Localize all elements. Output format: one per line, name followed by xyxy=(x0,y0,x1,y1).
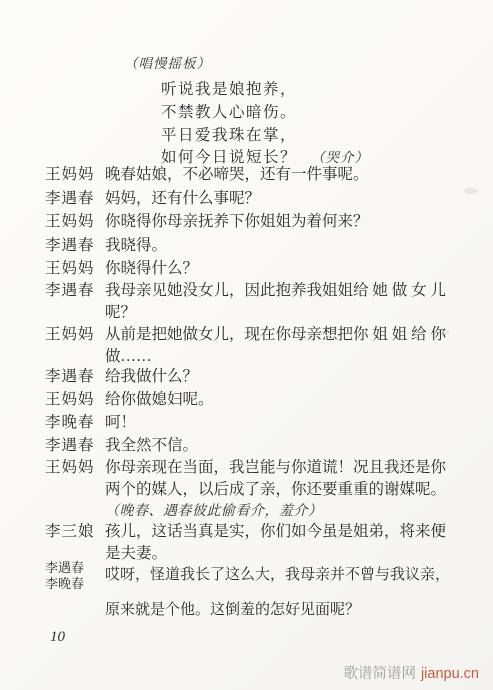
watermark-site-name: 歌谱简谱网 xyxy=(343,666,416,682)
dialogue-text: 给我做什么？ xyxy=(105,366,477,388)
speaker-name: 李遇春 xyxy=(45,435,105,457)
dialogue-row: 王妈妈 你晓得你母亲抚养下你姐姐为着何来？ xyxy=(45,211,477,233)
dialogue-text: 呵！ xyxy=(105,412,477,434)
dialogue-text: 你母亲现在当面，我岂能与你道谎！况且我还是你 两个的媒人，以后成了亲，你还要重重… xyxy=(105,457,477,501)
dialogue-row: 李遇春 我晓得。 xyxy=(45,235,477,257)
scan-smudge xyxy=(464,188,478,194)
speaker-name: 王妈妈 xyxy=(45,457,105,479)
verse-line: 听说我是娘抱养， xyxy=(161,77,297,99)
page-number: 10 xyxy=(50,629,65,646)
peek-stage-direction: （晚春、遇春彼此偷看介，羞介） xyxy=(105,500,323,520)
speaker-name: 王妈妈 xyxy=(45,324,105,346)
dialogue-text: 你晓得你母亲抚养下你姐姐为着何来？ xyxy=(105,211,477,233)
watermark-site-url: jianpu.cn xyxy=(421,666,479,682)
dialogue-row: 王妈妈 晚春姑娘，不必啼哭，还有一件事呢。 xyxy=(45,164,477,186)
dialogue-text: 我全然不信。 xyxy=(105,435,477,457)
sing-tempo-direction: （唱慢摇板） xyxy=(124,52,211,72)
dialogue-text: 哎呀，怪道我长了这么大，我母亲并不曾与我议亲， 原来就是个他。这倒羞的怎好见面呢… xyxy=(105,558,477,628)
cry-stage-direction: （哭介） xyxy=(311,150,369,165)
dialogue-row: 李遇春 李晚春 哎呀，怪道我长了这么大，我母亲并不曾与我议亲， 原来就是个他。这… xyxy=(45,558,477,628)
scan-smudge xyxy=(438,330,450,335)
dialogue-text: 我晓得。 xyxy=(105,235,477,257)
speaker-name: 王妈妈 xyxy=(45,211,105,233)
dialogue-row: 王妈妈 从前是把她做女儿，现在你母亲想把你 姐 姐 给 你 做…… xyxy=(45,324,477,368)
dialogue-text: 妈妈，还有什么事呢？ xyxy=(105,188,477,210)
dialogue-text: 给你做媳妇呢。 xyxy=(105,389,477,411)
dialogue-row: 李晚春 呵！ xyxy=(45,412,477,434)
speaker-name: 李三娘 xyxy=(45,521,105,543)
dialogue-row: 李遇春 妈妈，还有什么事呢？ xyxy=(45,188,477,210)
dialogue-text: 晚春姑娘，不必啼哭，还有一件事呢。 xyxy=(105,164,477,186)
script-page: （唱慢摇板） 听说我是娘抱养， 不禁教人心暗伤。 平日爱我珠在掌， 如何今日说短… xyxy=(0,0,493,690)
speaker-name: 李遇春 xyxy=(45,188,105,210)
dialogue-row: 王妈妈 你晓得什么？ xyxy=(45,258,477,280)
speaker-names-stacked: 李遇春 李晚春 xyxy=(45,558,105,591)
watermark: 歌谱简谱网jianpu.cn xyxy=(343,662,479,683)
verse-line: 不禁教人心暗伤。 xyxy=(161,100,297,122)
speaker-name: 王妈妈 xyxy=(45,389,105,411)
speaker-name: 李遇春 xyxy=(45,366,105,388)
dialogue-text: 你晓得什么？ xyxy=(105,258,477,280)
speaker-name: 李晚春 xyxy=(45,412,105,434)
dialogue-row: 王妈妈 给你做媳妇呢。 xyxy=(45,389,477,411)
speaker-name: 王妈妈 xyxy=(45,258,105,280)
speaker-name: 王妈妈 xyxy=(45,164,105,186)
speaker-name: 李遇春 xyxy=(45,235,105,257)
verse-line: 平日爱我珠在掌， xyxy=(161,123,297,145)
dialogue-text: 我母亲见她没女儿，因此抱养我姐姐给 她 做 女 儿 呢？ xyxy=(105,280,477,324)
dialogue-row: 王妈妈 你母亲现在当面，我岂能与你道谎！况且我还是你 两个的媒人，以后成了亲，你… xyxy=(45,457,477,501)
speaker-name: 李遇春 xyxy=(45,280,105,302)
dialogue-text: 从前是把她做女儿，现在你母亲想把你 姐 姐 给 你 做…… xyxy=(105,324,477,368)
dialogue-row: 李遇春 我母亲见她没女儿，因此抱养我姐姐给 她 做 女 儿 呢？ xyxy=(45,280,477,324)
dialogue-row: 李遇春 给我做什么？ xyxy=(45,366,477,388)
dialogue-row: 李遇春 我全然不信。 xyxy=(45,435,477,457)
